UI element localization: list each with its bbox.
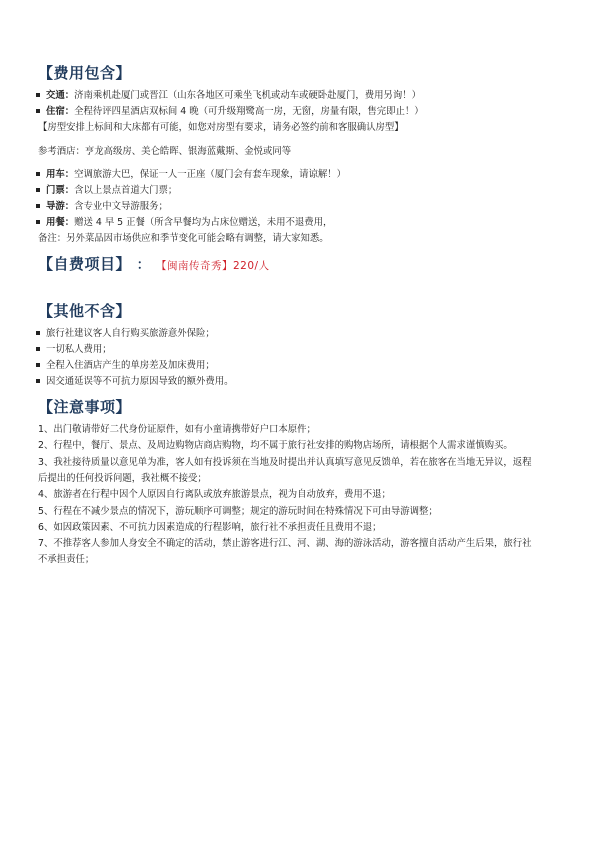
item-text: 含以上景点首道大门票； (74, 185, 177, 196)
note-line: 4、旅游者在行程中因个人原因自行离队或放弃旅游景点，视为自动放弃，费用不退； (38, 488, 391, 501)
bullet-icon (36, 172, 40, 176)
item-separator: ： (65, 185, 74, 196)
bullet-icon (36, 331, 40, 335)
bullet-icon (36, 93, 40, 97)
note-line: 7、不推荐客人参加人身安全不确定的活动，禁止游客进行江、河、湖、海的游泳活动，游… (38, 537, 531, 550)
item-separator: ： (65, 201, 74, 212)
item-separator: ： (65, 217, 74, 228)
item-separator: ： (65, 90, 74, 101)
bullet-icon (36, 188, 40, 192)
list-item: 因交通延误等不可抗力原因导致的额外费用。 (36, 375, 234, 388)
item-text: 空调旅游大巴，保证一人一正座（厦门会有套车现象，请谅解！） (74, 169, 346, 180)
section-title-notes: 【注意事项】 (38, 396, 131, 417)
item-label: 用车 (46, 169, 65, 180)
note-line: 3、我社接待质量以意见单为准，客人如有投诉须在当地及时提出并认真填写意见反馈单，… (38, 456, 531, 469)
bullet-icon (36, 379, 40, 383)
item-text: 全程待评四星酒店双标间 4 晚（可升级翔鹭高一房，无窗，房量有限，售完即止！） (74, 106, 423, 117)
item-text: 全程入住酒店产生的单房差及加床费用； (46, 360, 215, 371)
list-item: 用餐：赠送 4 早 5 正餐（所含早餐均为占床位赠送，未用不退费用， (36, 216, 332, 229)
item-separator: ： (65, 169, 74, 180)
note-line: 1、出门敬请带好二代身份证原件，如有小童请携带好户口本原件； (38, 423, 316, 436)
list-item: 旅行社建议客人自行购买旅游意外保险； (36, 327, 215, 340)
section-title-included: 【费用包含】 (38, 62, 131, 83)
section-title-optional: 【自费项目】 ： 【闽南传奇秀】220/人 (38, 253, 270, 274)
note-line: 不承担责任； (38, 553, 94, 566)
room-note: 【房型安排上标间和大床都有可能，如您对房型有要求，请务必签约前和客服确认房型】 (38, 121, 404, 134)
item-separator: ： (65, 106, 74, 117)
note-line: 2、行程中，餐厅、景点、及周边购物店商店购物，均不属于旅行社安排的购物店场所，请… (38, 439, 513, 452)
item-label: 导游 (46, 201, 65, 212)
list-item: 用车：空调旅游大巴，保证一人一正座（厦门会有套车现象，请谅解！） (36, 168, 346, 181)
note-line: 5、行程在不减少景点的情况下，游玩顺序可调整；规定的游玩时间在特殊情况下可由导游… (38, 505, 438, 518)
optional-title-text: 【自费项目】 (38, 255, 131, 273)
bullet-icon (36, 220, 40, 224)
note-line: 后提出的任何投诉问题，我社概不接受； (38, 472, 207, 485)
list-item: 交通：济南乘机赴厦门或晋江（山东各地区可乘坐飞机或动车或硬卧赴厦门，费用另询！） (36, 89, 421, 102)
item-label: 用餐 (46, 217, 65, 228)
note-line: 6、如因政策因素、不可抗力因素造成的行程影响，旅行社不承担责任且费用不退； (38, 521, 381, 534)
item-label: 交通 (46, 90, 65, 101)
section-title-excluded: 【其他不含】 (38, 300, 131, 321)
bullet-icon (36, 204, 40, 208)
bullet-icon (36, 347, 40, 351)
document-page: 【费用包含】 交通：济南乘机赴厦门或晋江（山东各地区可乘坐飞机或动车或硬卧赴厦门… (0, 0, 600, 849)
list-item: 一切私人费用； (36, 343, 112, 356)
bullet-icon (36, 109, 40, 113)
item-text: 济南乘机赴厦门或晋江（山东各地区可乘坐飞机或动车或硬卧赴厦门，费用另询！） (74, 90, 421, 101)
optional-colon: ： (137, 258, 151, 273)
list-item: 门票：含以上景点首道大门票； (36, 184, 177, 197)
item-text: 因交通延误等不可抗力原因导致的额外费用。 (46, 376, 234, 387)
list-item: 导游：含专业中文导游服务； (36, 200, 168, 213)
meal-remark: 备注：另外菜品因市场供应和季节变化可能会略有调整，请大家知悉。 (38, 232, 329, 245)
reference-hotels: 参考酒店：亨龙高级房、美仑皓晖、银海蓝戴斯、金悦或同等 (38, 145, 291, 158)
item-text: 赠送 4 早 5 正餐（所含早餐均为占床位赠送，未用不退费用， (74, 217, 332, 228)
item-label: 住宿 (46, 106, 65, 117)
item-text: 旅行社建议客人自行购买旅游意外保险； (46, 328, 215, 339)
item-text: 含专业中文导游服务； (74, 201, 168, 212)
item-label: 门票 (46, 185, 65, 196)
item-text: 一切私人费用； (46, 344, 112, 355)
bullet-icon (36, 363, 40, 367)
list-item: 住宿：全程待评四星酒店双标间 4 晚（可升级翔鹭高一房，无窗，房量有限，售完即止… (36, 105, 424, 118)
optional-item: 【闽南传奇秀】220/人 (156, 260, 270, 272)
list-item: 全程入住酒店产生的单房差及加床费用； (36, 359, 215, 372)
